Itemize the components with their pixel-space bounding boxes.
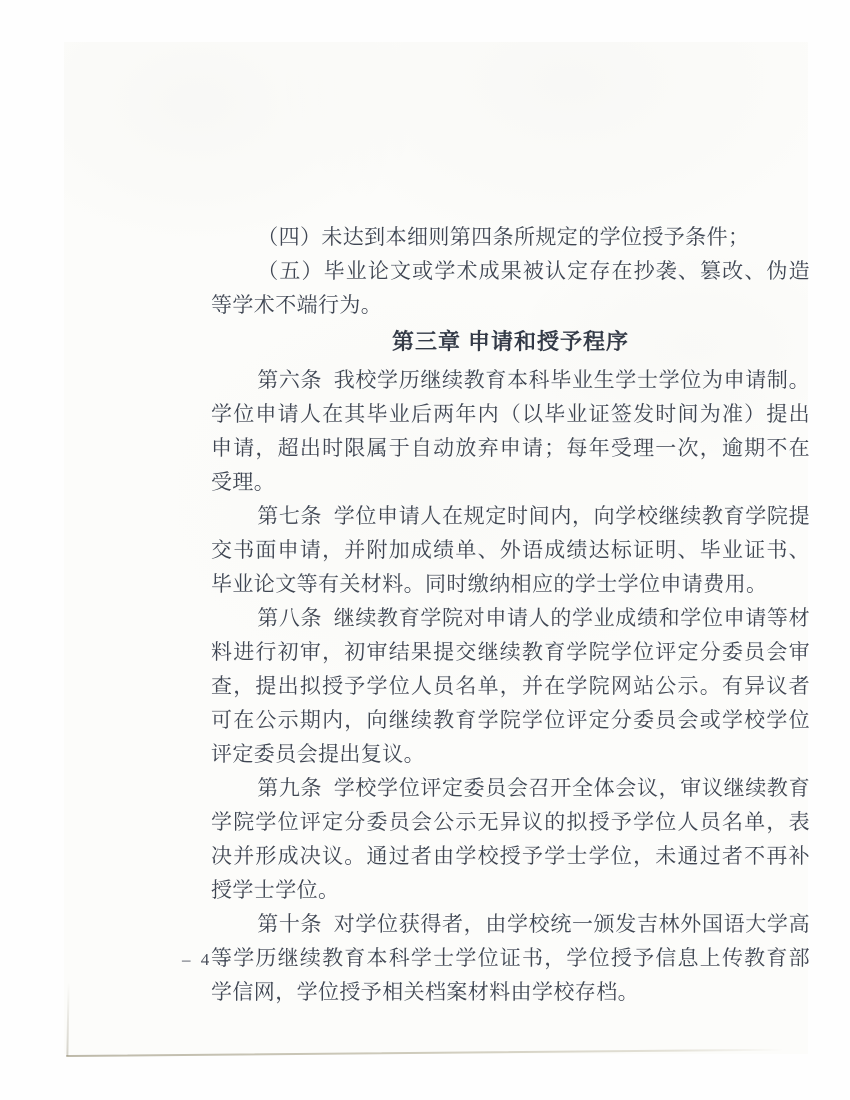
page-number: – 4 – bbox=[182, 950, 231, 970]
article-6: 第六条我校学历继续教育本科毕业生学士学位为申请制。学位申请人在其毕业后两年内（以… bbox=[211, 363, 810, 499]
article-7: 第七条学位申请人在规定时间内，向学校继续教育学院提交书面申请，并附加成绩单、外语… bbox=[211, 499, 810, 601]
paper-sheet: （四）未达到本细则第四条所规定的学位授予条件； （五）毕业论文或学术成果被认定存… bbox=[64, 42, 808, 1054]
document-content: （四）未达到本细则第四条所规定的学位授予条件； （五）毕业论文或学术成果被认定存… bbox=[211, 220, 810, 1009]
article-6-label: 第六条 bbox=[257, 368, 322, 392]
article-7-label: 第七条 bbox=[257, 504, 322, 528]
article-8-body: 继续教育学院对申请人的学业成绩和学位申请等材料进行初审，初审结果提交继续教育学院… bbox=[211, 606, 810, 766]
clause-item-4: （四）未达到本细则第四条所规定的学位授予条件； bbox=[211, 220, 810, 254]
article-8: 第八条继续教育学院对申请人的学业成绩和学位申请等材料进行初审，初审结果提交继续教… bbox=[211, 601, 810, 771]
article-8-label: 第八条 bbox=[257, 606, 322, 630]
clause-item-5: （五）毕业论文或学术成果被认定存在抄袭、篡改、伪造等学术不端行为。 bbox=[211, 254, 810, 322]
article-10-label: 第十条 bbox=[257, 912, 322, 936]
article-9-label: 第九条 bbox=[257, 776, 322, 800]
chapter-heading: 第三章 申请和授予程序 bbox=[211, 325, 810, 359]
scanned-page: （四）未达到本细则第四条所规定的学位授予条件； （五）毕业论文或学术成果被认定存… bbox=[0, 0, 850, 1100]
article-10: 第十条对学位获得者，由学校统一颁发吉林外国语大学高等学历继续教育本科学士学位证书… bbox=[211, 907, 810, 1009]
article-9: 第九条学校学位评定委员会召开全体会议，审议继续教育学院学位评定分委员会公示无异议… bbox=[211, 771, 810, 907]
